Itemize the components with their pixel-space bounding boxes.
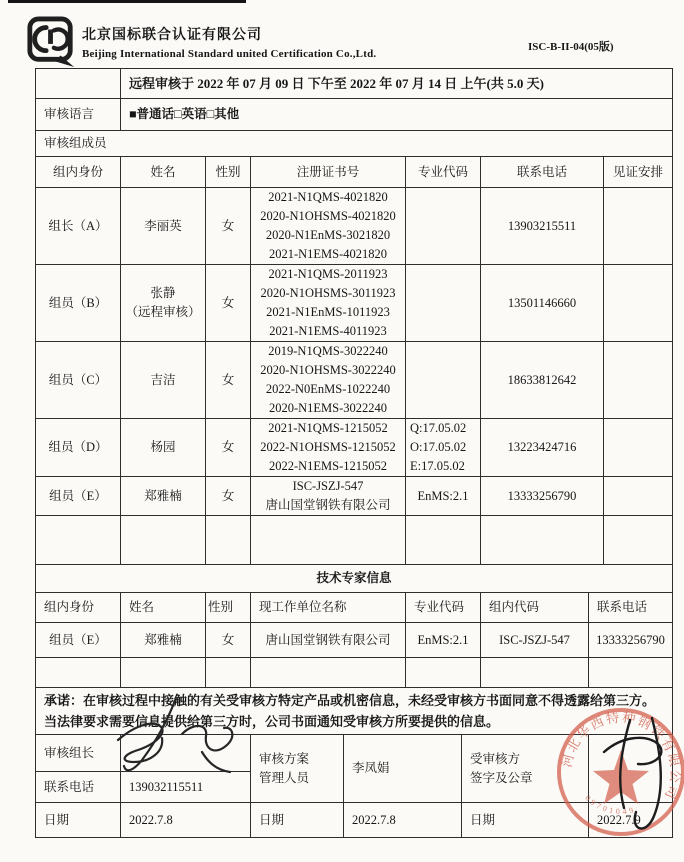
name-cell xyxy=(121,658,206,688)
specialty-cell: EnMS:2.1 xyxy=(406,623,481,658)
role-cell xyxy=(36,658,121,688)
team-row-member-c: 组员（C） 吉洁 女 2019-N1QMS-3022240 2020-N1OHS… xyxy=(36,342,673,419)
phone-value: 139032115511 xyxy=(121,772,251,803)
header-team-code: 组内代码 xyxy=(481,593,589,623)
gender-cell: 女 xyxy=(206,477,251,516)
expert-row-empty xyxy=(36,658,673,688)
header-witness: 见证安排 xyxy=(604,157,673,188)
commitment-text: 承诺：在审核过程中接触的有关受审核方特定产品或机密信息，未经受审核方书面同意不得… xyxy=(36,688,673,735)
gender-cell: 女 xyxy=(206,419,251,477)
role-cell: 组员（E） xyxy=(36,477,121,516)
language-label: 审核语言 xyxy=(36,99,121,131)
date-label: 日期 xyxy=(462,803,589,838)
team-row-empty xyxy=(36,516,673,565)
cert-cell xyxy=(251,516,406,565)
role-cell: 组员（B） xyxy=(36,265,121,342)
schedule-row: 远程审核于 2022 年 07 月 09 日 下午至 2022 年 07 月 1… xyxy=(36,69,673,99)
team-section-title: 审核组成员 xyxy=(36,131,673,157)
witness-cell xyxy=(604,477,673,516)
phone-cell: 13501146660 xyxy=(481,265,604,342)
gender-cell xyxy=(206,658,251,688)
team-title-row: 审核组成员 xyxy=(36,131,673,157)
phone-label: 联系电话 xyxy=(36,772,121,803)
scan-artifact-line xyxy=(8,0,246,3)
name-cell: 郑雅楠 xyxy=(121,623,206,658)
team-code-cell xyxy=(481,658,589,688)
phone-cell xyxy=(589,658,673,688)
date-label: 日期 xyxy=(251,803,344,838)
role-cell: 组员（E） xyxy=(36,623,121,658)
name-cell: 郑雅楠 xyxy=(121,477,206,516)
cert-cell: 2019-N1QMS-3022240 2020-N1OHSMS-3022240 … xyxy=(251,342,406,419)
signoff-table: 审核组长 审核方案 管理人员 李凤娟 受审核方 签字及公章 联系电话 13903… xyxy=(35,734,673,838)
auditee-signature-cell xyxy=(589,735,673,803)
specialty-cell xyxy=(406,658,481,688)
header-phone: 联系电话 xyxy=(481,157,604,188)
header-specialty-code: 专业代码 xyxy=(406,157,481,188)
phone-cell: 13333256790 xyxy=(589,623,673,658)
language-row: 审核语言 ■普通话□英语□其他 xyxy=(36,99,673,131)
phone-cell xyxy=(481,516,604,565)
scanned-audit-form-page: 北京国标联合认证有限公司 Beijing International Stand… xyxy=(0,0,684,862)
team-row-member-d: 组员（D） 杨园 女 2021-N1QMS-1215052 2022-N1OHS… xyxy=(36,419,673,477)
manager-label: 审核方案 管理人员 xyxy=(251,735,344,803)
expert-section-title: 技术专家信息 xyxy=(36,565,673,593)
document-code: ISC-B-II-04(05版) xyxy=(528,38,614,54)
expert-row: 组员（E） 郑雅楠 女 唐山国堂钢铁有限公司 EnMS:2.1 ISC-JSZJ… xyxy=(36,623,673,658)
gender-cell: 女 xyxy=(206,265,251,342)
name-cell xyxy=(121,516,206,565)
gender-cell xyxy=(206,516,251,565)
witness-cell xyxy=(604,516,673,565)
team-header-row: 组内身份 姓名 性别 注册证书号 专业代码 联系电话 见证安排 xyxy=(36,157,673,188)
team-row-member-e: 组员（E） 郑雅楠 女 ISC-JSZJ-547 唐山国堂钢铁有限公司 EnMS… xyxy=(36,477,673,516)
witness-cell xyxy=(604,188,673,265)
team-row-member-b: 组员（B） 张静 （远程审核） 女 2021-N1QMS-2011923 202… xyxy=(36,265,673,342)
commitment-table: 承诺：在审核过程中接触的有关受审核方特定产品或机密信息，未经受审核方书面同意不得… xyxy=(35,687,673,735)
phone-cell: 13903215511 xyxy=(481,188,604,265)
specialty-cell xyxy=(406,188,481,265)
date-label: 日期 xyxy=(36,803,121,838)
specialty-cell xyxy=(406,516,481,565)
name-cell: 杨园 xyxy=(121,419,206,477)
cert-cell: ISC-JSZJ-547 唐山国堂钢铁有限公司 xyxy=(251,477,406,516)
phone-cell: 13333256790 xyxy=(481,477,604,516)
header-cert-no: 注册证书号 xyxy=(251,157,406,188)
manager-date: 2022.7.8 xyxy=(344,803,462,838)
blank-cell xyxy=(36,69,121,99)
cert-cell: 2021-N1QMS-2011923 2020-N1OHSMS-3011923 … xyxy=(251,265,406,342)
audit-team-table: 远程审核于 2022 年 07 月 09 日 下午至 2022 年 07 月 1… xyxy=(35,68,673,565)
auditee-date: 2022.7.9 xyxy=(589,803,673,838)
role-cell: 组员（D） xyxy=(36,419,121,477)
team-code-cell: ISC-JSZJ-547 xyxy=(481,623,589,658)
leader-signature-cell xyxy=(121,735,251,772)
name-cell: 吉洁 xyxy=(121,342,206,419)
employer-cell xyxy=(251,658,406,688)
signoff-row-1: 审核组长 审核方案 管理人员 李凤娟 受审核方 签字及公章 xyxy=(36,735,673,772)
header-role: 组内身份 xyxy=(36,157,121,188)
expert-title-row: 技术专家信息 xyxy=(36,565,673,593)
gender-cell: 女 xyxy=(206,623,251,658)
header-gender: 性别 xyxy=(206,593,251,623)
header-phone: 联系电话 xyxy=(589,593,673,623)
role-cell: 组员（C） xyxy=(36,342,121,419)
signoff-row-dates: 日期 2022.7.8 日期 2022.7.8 日期 2022.7.9 xyxy=(36,803,673,838)
witness-cell xyxy=(604,419,673,477)
company-logo-icon xyxy=(26,14,76,70)
auditee-label: 受审核方 签字及公章 xyxy=(462,735,589,803)
company-name-cn: 北京国标联合认证有限公司 xyxy=(82,24,262,44)
header-specialty-code: 专业代码 xyxy=(406,593,481,623)
header-name: 姓名 xyxy=(121,157,206,188)
specialty-cell xyxy=(406,342,481,419)
specialty-cell: Q:17.05.02 O:17.05.02 E:17.05.02 xyxy=(406,419,481,477)
technical-expert-table: 技术专家信息 组内身份 姓名 性别 现工作单位名称 专业代码 组内代码 联系电话… xyxy=(35,564,673,688)
witness-cell xyxy=(604,342,673,419)
leader-date: 2022.7.8 xyxy=(121,803,251,838)
employer-cell: 唐山国堂钢铁有限公司 xyxy=(251,623,406,658)
specialty-cell: EnMS:2.1 xyxy=(406,477,481,516)
header-gender: 性别 xyxy=(206,157,251,188)
header-role: 组内身份 xyxy=(36,593,121,623)
specialty-cell xyxy=(406,265,481,342)
cert-cell: 2021-N1QMS-1215052 2022-N1OHSMS-1215052 … xyxy=(251,419,406,477)
audit-schedule-text: 远程审核于 2022 年 07 月 09 日 下午至 2022 年 07 月 1… xyxy=(121,69,673,99)
cert-cell: 2021-N1QMS-4021820 2020-N1OHSMS-4021820 … xyxy=(251,188,406,265)
header-employer: 现工作单位名称 xyxy=(251,593,406,623)
company-name-en: Beijing International Standard united Ce… xyxy=(82,48,376,60)
witness-cell xyxy=(604,265,673,342)
header-name: 姓名 xyxy=(121,593,206,623)
language-checkboxes: ■普通话□英语□其他 xyxy=(121,99,673,131)
name-cell: 李丽英 xyxy=(121,188,206,265)
gender-cell: 女 xyxy=(206,188,251,265)
name-cell: 张静 （远程审核） xyxy=(121,265,206,342)
expert-header-row: 组内身份 姓名 性别 现工作单位名称 专业代码 组内代码 联系电话 xyxy=(36,593,673,623)
commitment-row: 承诺：在审核过程中接触的有关受审核方特定产品或机密信息，未经受审核方书面同意不得… xyxy=(36,688,673,735)
gender-cell: 女 xyxy=(206,342,251,419)
leader-label: 审核组长 xyxy=(36,735,121,772)
phone-cell: 18633812642 xyxy=(481,342,604,419)
manager-name: 李凤娟 xyxy=(344,735,462,803)
team-row-leader-a: 组长（A） 李丽英 女 2021-N1QMS-4021820 2020-N1OH… xyxy=(36,188,673,265)
role-cell: 组长（A） xyxy=(36,188,121,265)
role-cell xyxy=(36,516,121,565)
phone-cell: 13223424716 xyxy=(481,419,604,477)
